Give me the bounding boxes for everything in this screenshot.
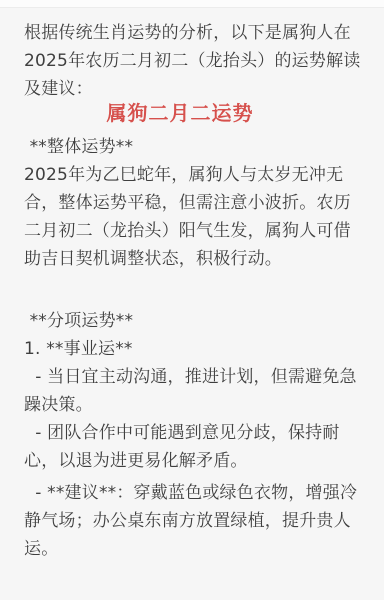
text-line: 1. **事业运**: [24, 335, 362, 363]
text-line: - 当日宜主动沟通，推进计划，但需避免急: [24, 363, 362, 391]
overall-fortune-heading: **整体运势**: [24, 133, 362, 161]
text-line: 2025年农历二月初二（龙抬头）的运势解读: [24, 47, 362, 75]
sub-fortunes-heading: **分项运势**: [24, 307, 362, 335]
text-line: - **建议**：穿戴蓝色或绿色衣物，增强冷: [24, 479, 362, 507]
text-line: **分项运势**: [24, 307, 362, 335]
text-line: 运。: [24, 535, 362, 563]
text-line: 根据传统生肖运势的分析，以下是属狗人在: [24, 19, 362, 47]
page-top-edge: [0, 0, 384, 8]
text-line: 躁决策。: [24, 391, 362, 419]
text-line: - 团队合作中可能遇到意见分歧，保持耐: [24, 419, 362, 447]
text-line: 属狗二月二运势: [24, 99, 336, 127]
text-line: 助吉日契机调整状态，积极行动。: [24, 245, 362, 273]
text-line: 心，以退为进更易化解矛盾。: [24, 447, 362, 475]
career-fortune-heading: 1. **事业运**: [24, 335, 362, 363]
main-title: 属狗二月二运势: [24, 99, 362, 127]
career-point-2: - 团队合作中可能遇到意见分歧，保持耐心，以退为进更易化解矛盾。: [24, 419, 362, 475]
fortune-document: 根据传统生肖运势的分析，以下是属狗人在2025年农历二月初二（龙抬头）的运势解读…: [0, 8, 384, 563]
text-line: 合，整体运势平稳，但需注意小波折。农历: [24, 189, 362, 217]
text-line: 二月初二（龙抬头）阳气生发，属狗人可借: [24, 217, 362, 245]
career-advice: - **建议**：穿戴蓝色或绿色衣物，增强冷静气场；办公桌东南方放置绿植，提升贵…: [24, 479, 362, 563]
career-point-1: - 当日宜主动沟通，推进计划，但需避免急躁决策。: [24, 363, 362, 419]
overall-fortune-text: 2025年为乙巳蛇年，属狗人与太岁无冲无合，整体运势平稳，但需注意小波折。农历二…: [24, 161, 362, 273]
text-line: 静气场；办公桌东南方放置绿植，提升贵人: [24, 507, 362, 535]
text-line: **整体运势**: [24, 133, 362, 161]
intro-paragraph: 根据传统生肖运势的分析，以下是属狗人在2025年农历二月初二（龙抬头）的运势解读…: [24, 19, 362, 103]
text-line: 2025年为乙巳蛇年，属狗人与太岁无冲无: [24, 161, 362, 189]
